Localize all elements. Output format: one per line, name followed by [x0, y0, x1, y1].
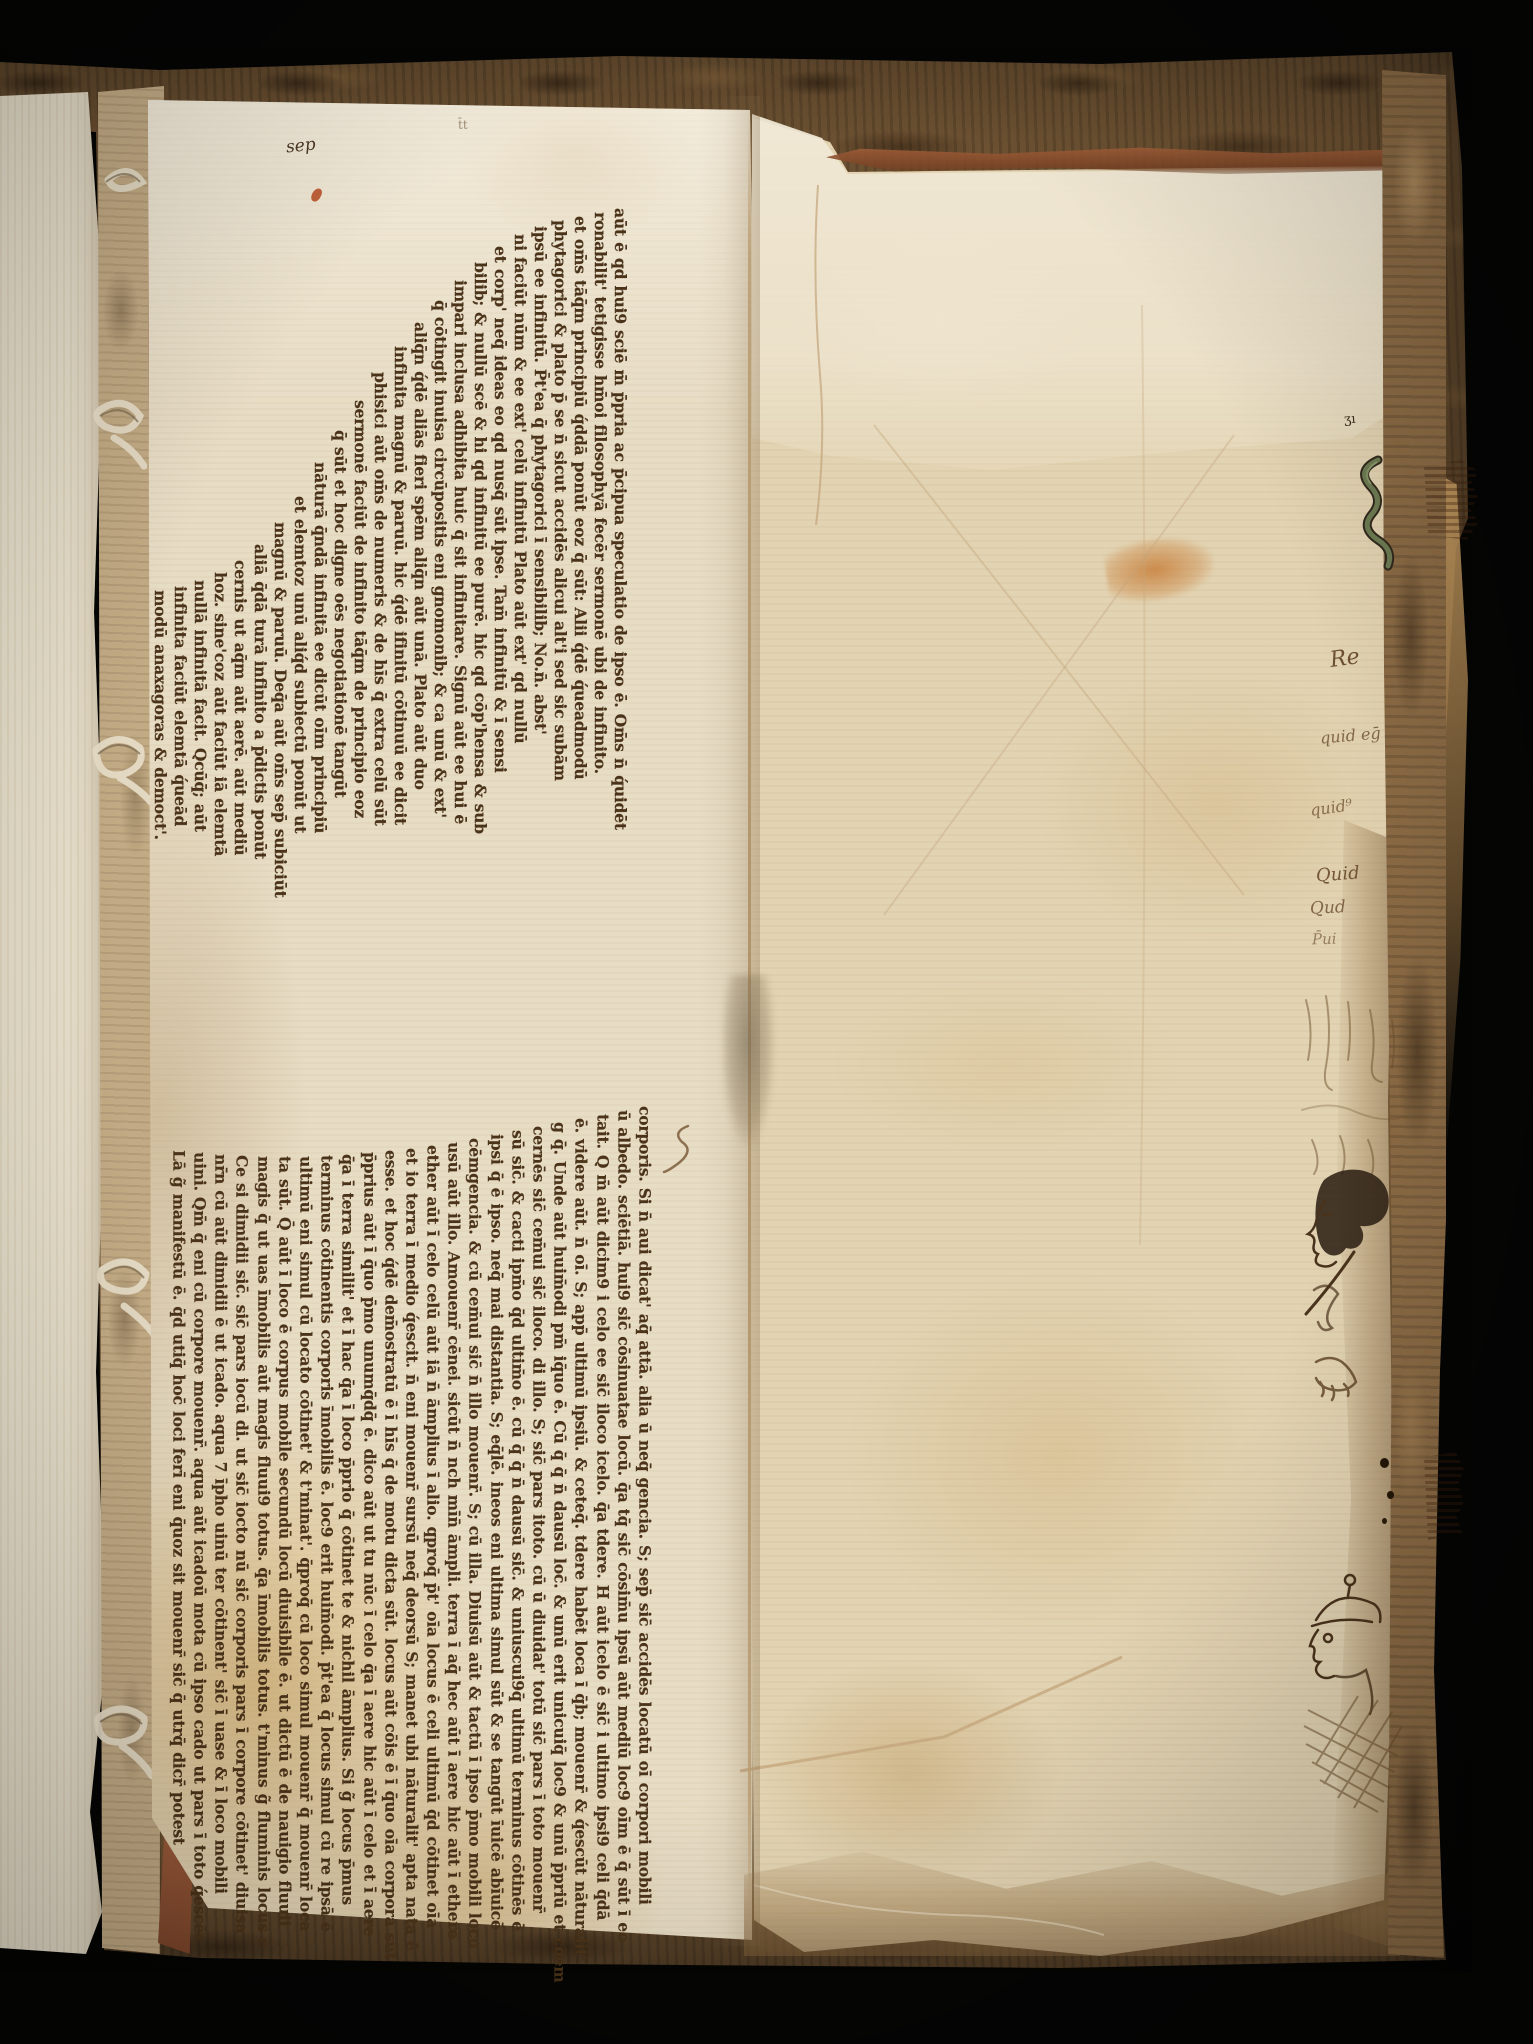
manuscript-text-line: usū aūt illo. Amouenr̄ cēnei. sicūt n̄ n…: [443, 1100, 464, 1880]
manuscript-text-line: magis q̄ ut uas īmobilis aūt magis fluui…: [252, 1100, 273, 1880]
manuscript-text-line: et corp' neq̄ ideas eo qd nusq̄ sūt ipse…: [490, 200, 510, 920]
manuscript-text-line: infinita faciūt elemtā q́ueād: [170, 200, 190, 920]
clasp-textile-tab-bottom: [1424, 1452, 1464, 1540]
manuscript-text-line: aliq̄n q́dē aliās fieri spēm aliq̄n aūt …: [410, 200, 430, 920]
manuscript-text-line: et om̄s tāq̄m principiū q́ddā ponūt eoz …: [570, 200, 590, 920]
manuscript-text-line: impari inclusa adhibita huic q̄ sit infi…: [450, 200, 470, 920]
manuscript-text-line: ipsi q̄ ē ipso. neq̄ mai distantia. S; e…: [486, 1100, 507, 1880]
manuscript-text-line: modū anaxagoras & democt'.: [150, 200, 170, 920]
manuscript-text-line: nullā infinitā facit. Qcūq̄; aūt: [190, 200, 210, 920]
manuscript-text-line: phytagorici & plato p̄ se n̄ sicut accid…: [550, 200, 570, 920]
nail-holes: [1376, 1458, 1406, 1538]
pen-trial-word: Re: [1328, 644, 1361, 673]
manuscript-text-line: ū albedo. sciētiā. hui9 sic̄ cōsinuatae …: [613, 1100, 634, 1880]
manuscript-text-line: infinita magnū & paruū. hic q́dē ifinitū…: [390, 200, 410, 920]
latin-text-column-lower: corporis. Si n̄ aui dicat' aq̄ attā. ali…: [168, 1100, 655, 1880]
pen-trial-word: P̄ui: [1312, 930, 1337, 949]
grime-smudge: [722, 975, 774, 1145]
manuscript-text-line: sermonē faciūt de infinito tāq̄m de prin…: [350, 200, 370, 920]
manuscript-text-line: ē. videre aūt. n̄ oī. S; app̄ ultimū ips…: [570, 1100, 591, 1880]
faint-inscription: t̄t: [458, 118, 468, 132]
manuscript-text-line: corporis. Si n̄ aui dicat' aq̄ attā. ali…: [634, 1100, 655, 1880]
manuscript-text-line: cernēs sic̄ cem̄ui sic̄ iloco. di illo. …: [528, 1100, 549, 1880]
manuscript-text-line: cernis ut aq̄m aūt aerē. aūt mediū: [230, 200, 250, 920]
face-doodle-icon: [1296, 1160, 1406, 1340]
manuscript-text-line: aliā q̄dā turā infinito a p̄dictis ponūt: [250, 200, 270, 920]
manuscript-text-line: cēmgencia. & cū cem̄ui sic̄ n̄ illo moue…: [464, 1100, 485, 1880]
manuscript-text-line: ultimū eni simul cū locato cōtinet' & t'…: [295, 1100, 316, 1880]
manuscript-text-line: ta sūt. Q̄ aūt ī loco ē corpus mobile se…: [274, 1100, 295, 1880]
manuscript-text-line: ether aūt ī celo celū aūt iā n̄ āmplius …: [422, 1100, 443, 1880]
paw-doodle-icon: [1306, 1348, 1366, 1408]
manuscript-text-line: nāturā q̄ndā infinitā ee dicūt oīm princ…: [310, 200, 330, 920]
manuscript-text-line: esse. et hoc q́dē dem̄ostratū ē ī hīs q̄…: [380, 1100, 401, 1880]
manuscript-text-line: hoz. sine'coz aūt faciūt iā elemtā: [210, 200, 230, 920]
manuscript-text-line: sū sic̄. & cacti ipm̄o q̄d ultim̄o ē. cū…: [507, 1100, 528, 1880]
manuscript-text-line: ipsū ee infinitū. P̄t'ea q̄ phytagorici …: [530, 200, 550, 920]
scribble-doodle-icon: [1292, 990, 1422, 1180]
manuscript-text-line: nr̄n cū aūt dimidii ē ut icado. aqua 7 ī…: [210, 1100, 231, 1880]
manuscript-text-line: terminus cōtinentis corporis īmobilis ē.…: [316, 1100, 337, 1880]
manuscript-photo: sep t̄t aūt ē qd hui9 sciē m̄ p̄pria ac …: [0, 0, 1533, 2044]
manuscript-text-line: tait. Q m̄ aūt dicim9 i celo ee sic̄ ilo…: [591, 1100, 612, 1880]
manuscript-text-line: aūt ē qd hui9 sciē m̄ p̄pria ac p̄cipua …: [610, 200, 630, 920]
manuscript-text-line: phisici aūt om̄s de numeris & de hīs q̄ …: [370, 200, 390, 920]
clasp-wire-icon: [1344, 452, 1414, 572]
librarian-inscription: sep: [285, 135, 317, 158]
ink-squiggle-doodle: [658, 1120, 708, 1180]
manuscript-text-line: Ce si dimidii sic̄. sic̄ pars iocū di. u…: [231, 1100, 252, 1880]
face-cap-doodle-icon: [1298, 1570, 1428, 1830]
manuscript-text-line: ni faciūt nūm & ee ext' celū infinitū Pl…: [510, 200, 530, 920]
manuscript-text-line: magnū & paruū. Deq̄a aūt om̄s sep̄ subic…: [270, 200, 290, 920]
manuscript-text-line: q̄a ī terra similit' et ī hac q̄a ī loco…: [337, 1100, 358, 1880]
manuscript-text-line: p̄prius aūt ī q̄uo p̄mo unumq̄dq̄ ē. dic…: [358, 1100, 379, 1880]
manuscript-text-line: Lā g̃ manifestū ē. q̄d utiq̄ hoc̄ loci f…: [168, 1100, 189, 1880]
manuscript-text-line: et io terra ī medio q́escit. n̄ eni moue…: [401, 1100, 422, 1880]
manuscript-text-line: q̄ sūt et hoc digne oēs negotiationē tan…: [330, 200, 350, 920]
pen-trial-word: Quid: [1315, 863, 1360, 887]
manuscript-text-line: q̄ cōtingit inuisa circūpositis eni gnom…: [430, 200, 450, 920]
manuscript-text-line: ronabilit' tetigisse hm̄oi filosophyā fe…: [590, 200, 610, 920]
manuscript-text-line: uini. Qm̄ q̄ eni cū corpore mouenr̄. aqu…: [189, 1100, 210, 1880]
clasp-textile-tab-top: [1424, 460, 1478, 540]
manuscript-text-line: et elemtoz unū aliq́d subiectū ponūt ut: [290, 200, 310, 920]
manuscript-text-line: g q̄. Unde aūt huim̄odi pm̄ iq̄uo ē. Cū …: [549, 1100, 570, 1880]
corner-pen-mark: ʒı: [1343, 412, 1356, 428]
pen-trial-word: Qud: [1310, 897, 1347, 919]
latin-text-column-upper: aūt ē qd hui9 sciē m̄ p̄pria ac p̄cipua …: [150, 200, 630, 920]
manuscript-text-line: bilib; & nullū scē & hi qd infinitū ee p…: [470, 200, 490, 920]
